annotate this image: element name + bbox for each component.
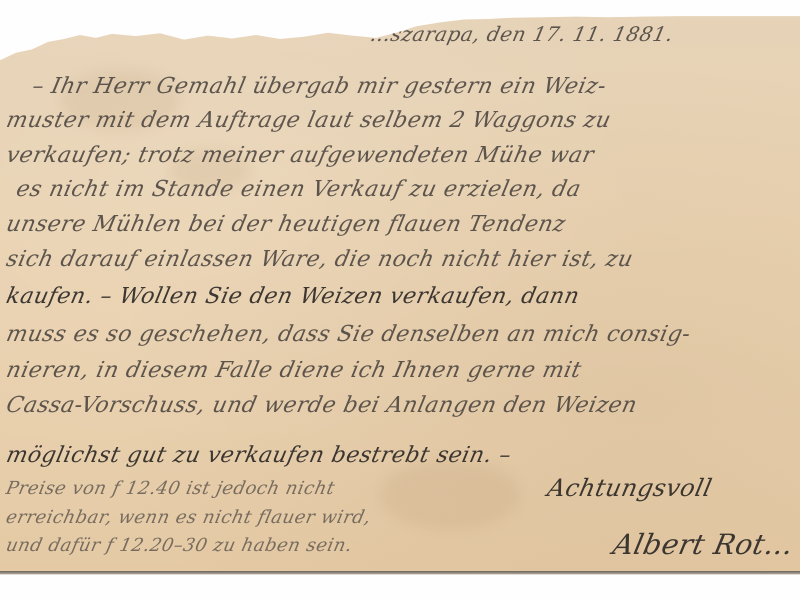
scanned-letter: …szarapa, den 17. 11. 1881. – Ihr Herr G… — [0, 0, 800, 600]
letter-line-5: unsere Mühlen bei der heutigen flauen Te… — [4, 212, 568, 237]
letter-line-7: kaufen. – Wollen Sie den Weizen verkaufe… — [4, 284, 582, 309]
paper-stain — [380, 460, 520, 530]
letter-line-3: verkaufen; trotz meiner aufgewendeten Mü… — [4, 143, 596, 168]
postscript-line-2: erreichbar, wenn es nicht flauer wird, — [4, 507, 373, 528]
postscript-line-3: und dafür f 12.20–30 zu haben sein. — [4, 535, 354, 556]
closing-salutation: Achtungsvoll — [545, 474, 715, 502]
paper-bottom-edge-shadow — [0, 571, 800, 575]
letter-line-9: nieren, in diesem Falle diene ich Ihnen … — [4, 358, 584, 383]
letter-line-8: muss es so geschehen, dass Sie denselben… — [4, 322, 693, 347]
letter-line-2: muster mit dem Auftrage laut selbem 2 Wa… — [4, 108, 613, 133]
letter-line-6: sich darauf einlassen Ware, die noch nic… — [4, 247, 635, 272]
letter-line-10: Cassa-Vorschuss, und werde bei Anlangen … — [4, 393, 640, 418]
letter-line-1: – Ihr Herr Gemahl übergab mir gestern ei… — [30, 74, 609, 99]
aged-paper-sheet: …szarapa, den 17. 11. 1881. – Ihr Herr G… — [0, 0, 800, 574]
letter-line-11: möglichst gut zu verkaufen bestrebt sein… — [4, 443, 514, 468]
postscript-line-1: Preise von f 12.40 ist jedoch nicht — [4, 478, 337, 499]
letter-line-4: es nicht im Stande einen Verkauf zu erzi… — [14, 177, 583, 202]
signature: Albert Rot… — [610, 528, 797, 561]
letter-date: …szarapa, den 17. 11. 1881. — [368, 22, 676, 46]
